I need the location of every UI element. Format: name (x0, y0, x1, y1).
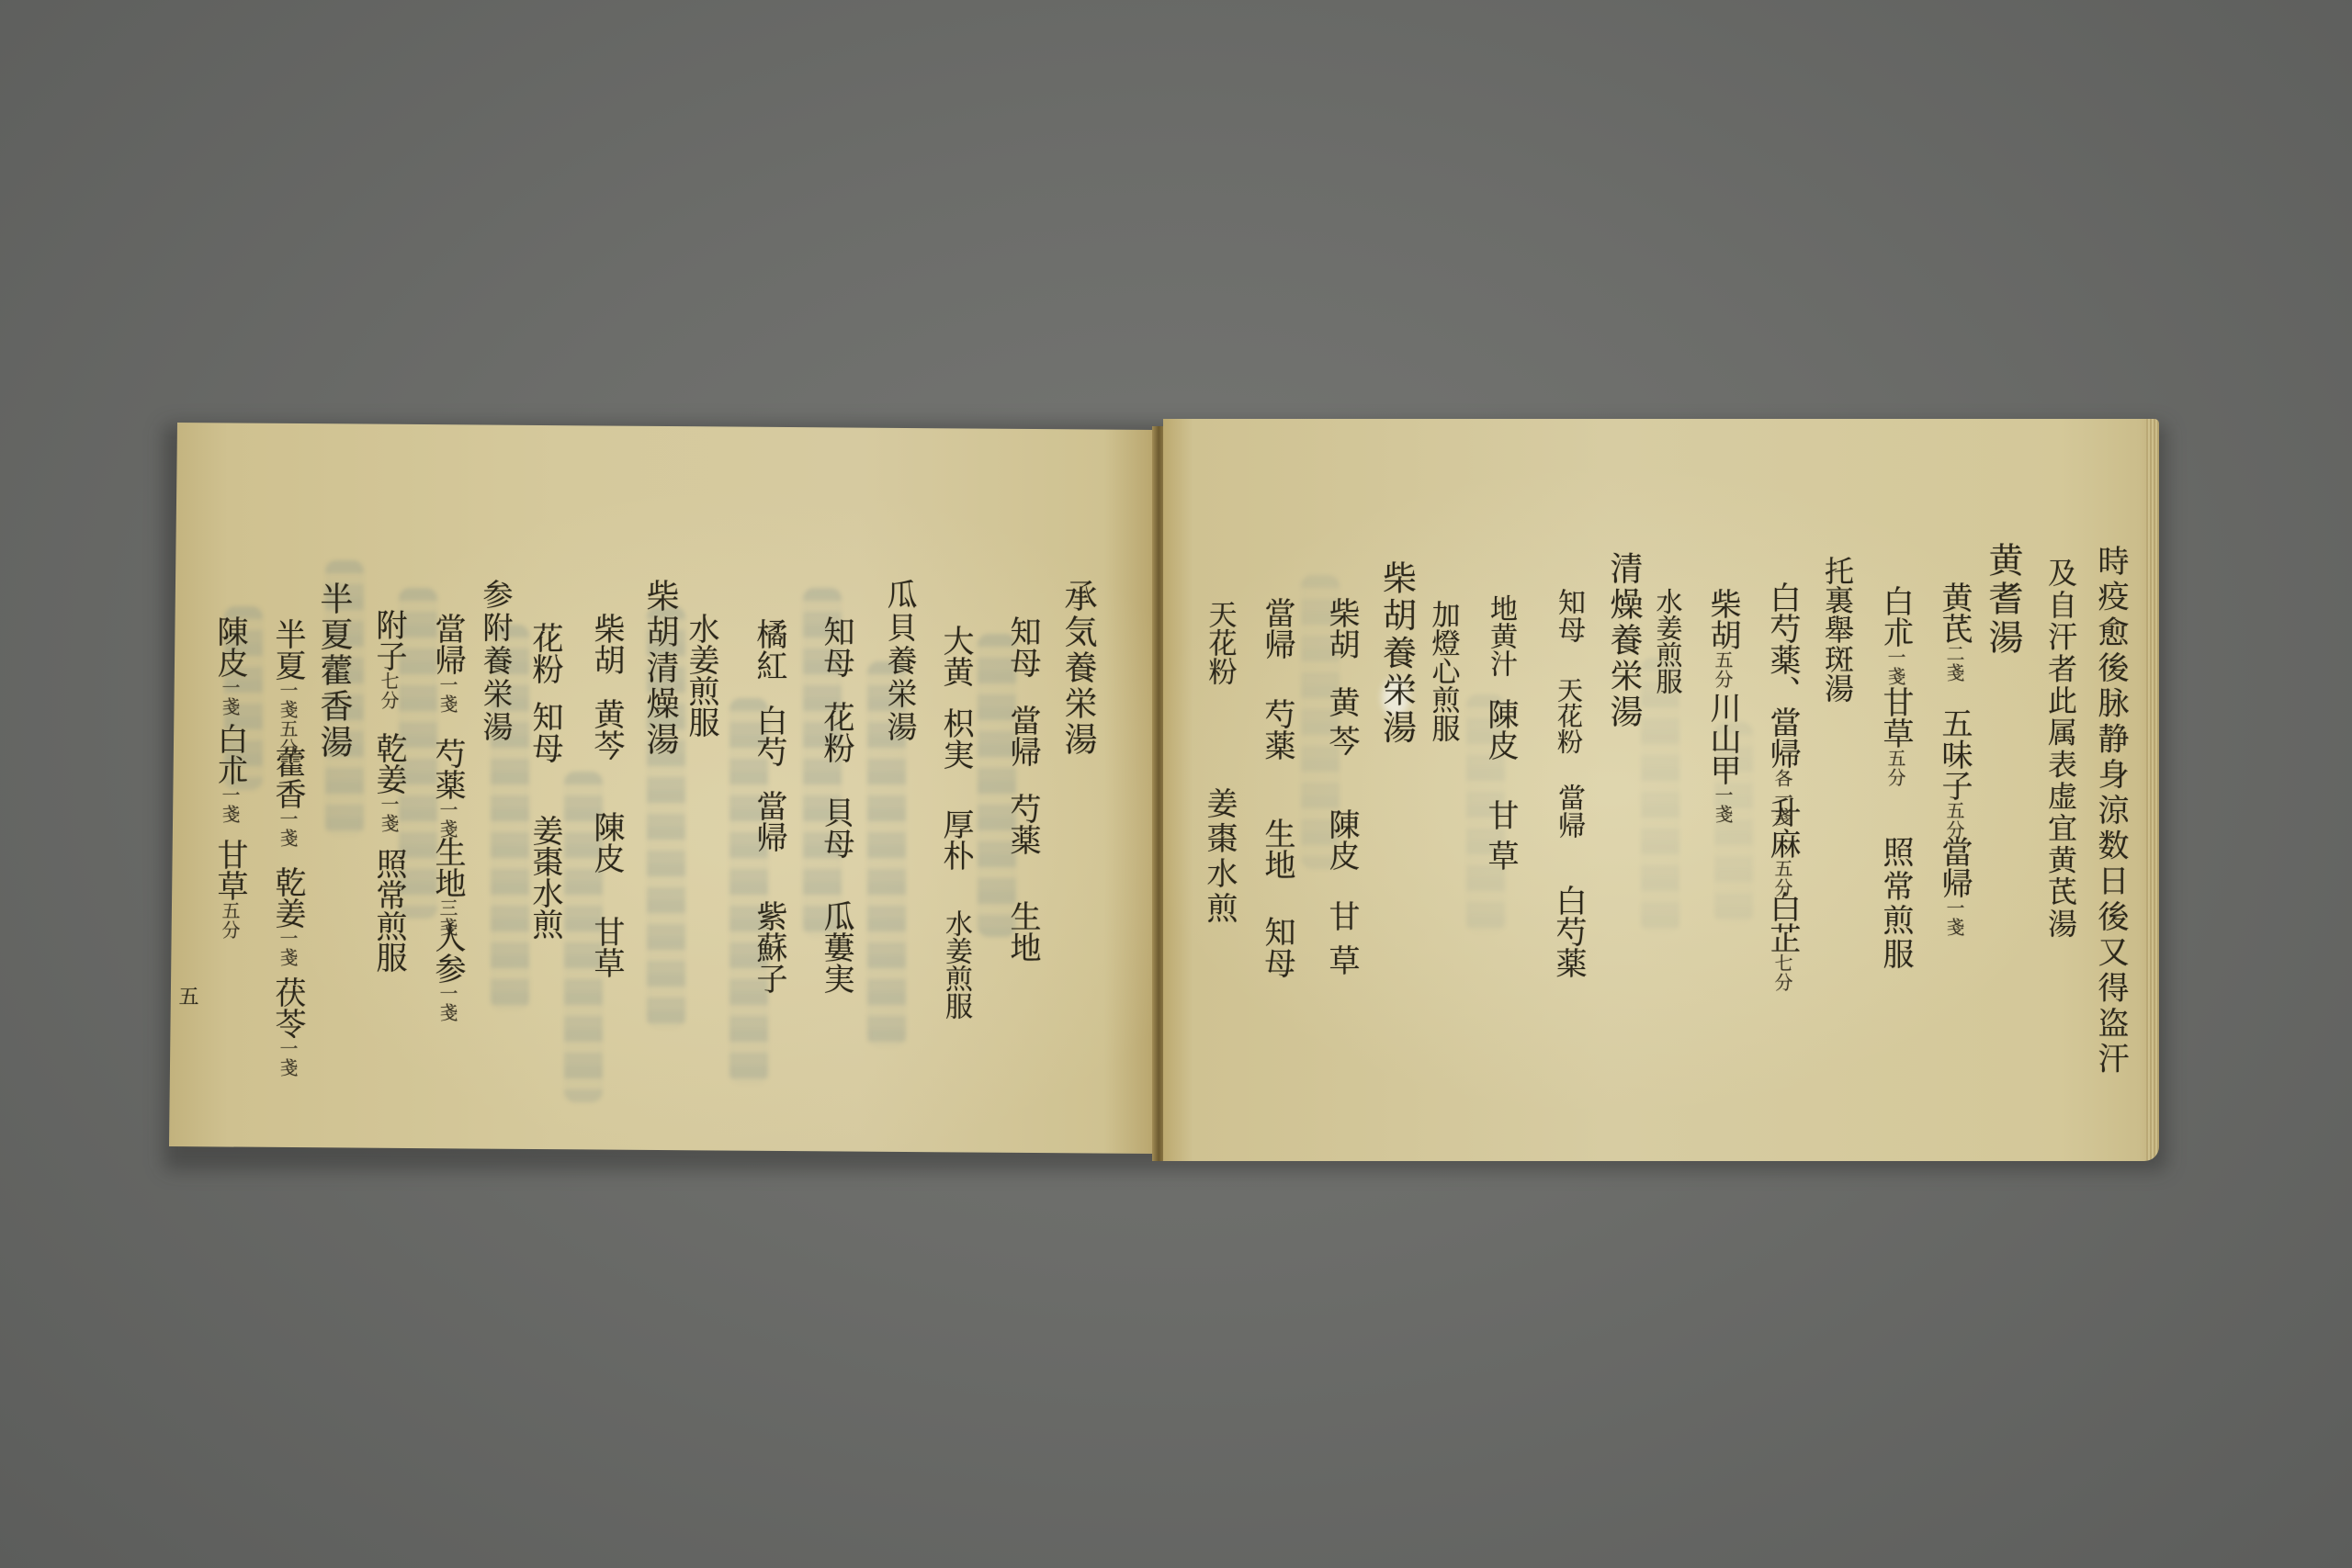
ingredient: 生地 (1007, 900, 1038, 963)
bleed-through-ghost (978, 634, 1016, 937)
ingredient: 柴胡 (1326, 597, 1357, 660)
ingredient: 白芷七分 (1767, 891, 1798, 992)
ingredient-dose: 二戔 (1943, 644, 1965, 682)
ingredient: 知母 (529, 701, 560, 763)
ingredient-name: 陳皮 (211, 615, 248, 678)
ingredient: 附子七分 (373, 609, 404, 710)
preparation-instruction: 姜棗水煎 (529, 815, 560, 940)
ingredient: 五味子五分 (1939, 707, 1970, 840)
ingredient-name: 白芍薬、當帰 (1764, 581, 1801, 769)
ingredient-dose: 七分 (1771, 953, 1793, 992)
ingredient: 陳皮 (1326, 808, 1357, 871)
ingredient-dose: 五分 (1943, 801, 1965, 840)
ingredient: 當帰 (753, 790, 785, 852)
ingredient: 黄芩 (1326, 686, 1357, 763)
ingredient: 白芍薬 (1553, 885, 1584, 978)
ingredient: 紫蘇子 (753, 900, 785, 994)
ingredient-name: 芍薬 (429, 738, 466, 800)
ingredient: 天花粉 (1555, 677, 1581, 754)
ingredient: 白朮一戔 (214, 723, 245, 824)
ingredient: 知母 (1261, 916, 1293, 978)
ingredient: 甘草五分 (1880, 686, 1911, 787)
ingredient: 黄芩 (591, 698, 622, 761)
ingredient-dose: 一戔 (1712, 785, 1734, 824)
ingredient-dose: 一戔 (1884, 648, 1906, 686)
ingredient: 白朮一戔 (1880, 585, 1911, 686)
ingredient-name: 甘草 (211, 839, 248, 901)
ingredient: 黄芪二戔 (1939, 581, 1970, 682)
ingredient-name: 人参 (429, 921, 466, 984)
ingredient: 甘草 (1485, 799, 1516, 880)
ingredient-name: 當帰 (429, 613, 466, 675)
ingredient: 瓜蔞実 (820, 900, 852, 994)
ingredient: 乾姜一戔 (373, 732, 404, 833)
ingredient: 大黄 (940, 625, 971, 687)
bleed-through-ghost (1641, 658, 1679, 933)
ingredient-name: 白朮 (1877, 585, 1914, 648)
preparation-instruction: 水姜煎服 (685, 613, 717, 738)
ingredient: 花粉 (529, 622, 560, 684)
ingredient-name: 乾姜 (370, 732, 407, 795)
preparation-instruction: 照常煎服 (1880, 836, 1911, 972)
ingredient-dose: 一戔 (378, 795, 400, 833)
ingredient-name: 生地 (429, 836, 466, 898)
ingredient: 柴胡 (591, 613, 622, 675)
ingredient: 人参一戔 (432, 921, 463, 1022)
ingredient-dose: 一戔 (219, 785, 241, 824)
prescription-title: 清燥養栄湯 (1607, 551, 1640, 730)
ingredient: 芍薬 (1261, 698, 1293, 761)
ingredient: 花粉 (820, 701, 852, 763)
ingredient: 甘草 (591, 916, 622, 978)
ingredient: 貝母 (820, 796, 852, 859)
prescription-title: 柴胡清燥湯 (643, 579, 676, 758)
ingredient-name: 黄芪 (1936, 581, 1973, 644)
ingredient: 當帰一戔 (432, 613, 463, 714)
ingredient-name: 白朮 (211, 723, 248, 785)
ingredient: 甘草 (1326, 900, 1357, 988)
ingredient-dose: 一戔 (436, 984, 458, 1022)
page-number: 五 (176, 986, 197, 1006)
prescription-title: 托裏舉斑湯 (1823, 556, 1852, 703)
ingredient: 天花粉 (1205, 600, 1234, 685)
ingredient-name: 甘草 (1877, 686, 1914, 749)
left-page: 承気養栄湯 知母 當帰 芍薬 生地 大黄 枳実 厚朴 水姜煎服 瓜貝養栄湯 知母… (169, 423, 1153, 1154)
ingredient: 當帰 (1261, 597, 1293, 660)
preparation-instruction: 水姜煎服 (942, 909, 969, 1020)
ingredient-name: 升麻 (1764, 796, 1801, 859)
ingredient: 陳皮 (1485, 698, 1516, 761)
ingredient: 白芍 (753, 705, 785, 767)
ingredient-dose: 五分 (1884, 749, 1906, 787)
ingredient: 川山甲一戔 (1707, 692, 1738, 824)
ingredient-name: 乾姜 (269, 866, 306, 929)
ingredient-dose: 一戔 (277, 1039, 299, 1077)
ingredient: 升麻五分 (1767, 796, 1798, 897)
prescription-title: 黄耆湯 (1985, 542, 2020, 658)
ingredient-dose: 五分 (219, 901, 241, 940)
ingredient: 甘草五分 (214, 839, 245, 940)
page-stack-edge (2146, 419, 2159, 1161)
ingredient-name: 五味子 (1936, 707, 1973, 801)
ingredient-name: 茯苓 (269, 976, 306, 1039)
ingredient: 白芍薬、當帰各一戔 (1767, 581, 1798, 827)
prescription-title: 柴胡養栄湯 (1380, 560, 1414, 747)
ingredient: 當帰一戔 (1939, 836, 1970, 937)
ingredient: 地黄汁 (1487, 594, 1514, 677)
ingredient-name: 藿香 (269, 747, 306, 809)
ingredient-dose: 一戔 (436, 675, 458, 714)
ingredient-name: 柴胡 (1704, 588, 1741, 650)
ingredient: 生地 (1261, 818, 1293, 880)
preparation-instruction: 姜棗水煎 (1204, 787, 1235, 927)
prescription-title: 半夏藿香湯 (317, 581, 350, 761)
text-column: 及自汗者此属表虚宜黄芪湯 (2046, 558, 2075, 940)
ingredient: 枳実 (940, 707, 971, 770)
ingredient-dose: 一戔 (219, 678, 241, 716)
text-column: 時疫愈後脉静身涼数日後又得盗汗 (2095, 545, 2126, 1078)
ingredient-name: 半夏 (269, 618, 306, 681)
prescription-title: 瓜貝養栄湯 (886, 579, 916, 744)
ingredient: 藿香一戔 (272, 747, 303, 848)
ingredient-dose: 七分 (378, 671, 400, 710)
ingredient: 知母 (1555, 588, 1582, 643)
ingredient: 知母 (1007, 615, 1038, 678)
ingredient: 芍薬 (1007, 793, 1038, 855)
ingredient: 柴胡五分 (1707, 588, 1738, 689)
ingredient-dose: 一戔 (1943, 898, 1965, 937)
ingredient: 知母 (820, 615, 852, 678)
ingredient-dose: 一戔 (277, 929, 299, 967)
ingredient-name: 當帰 (1936, 836, 1973, 898)
ingredient: 茯苓一戔 (272, 976, 303, 1077)
ingredient: 當帰 (1007, 705, 1038, 767)
ingredient: 當帰 (1555, 784, 1582, 839)
ingredient: 芍薬一戔 (432, 738, 463, 839)
ingredient: 陳皮一戔 (214, 615, 245, 716)
ingredient: 半夏一戔五分 (272, 618, 303, 758)
preparation-instruction: 加燈心煎服 (1429, 600, 1457, 742)
ingredient: 乾姜一戔 (272, 866, 303, 967)
ingredient-dose: 一戔 (436, 800, 458, 839)
prescription-title: 参附養栄湯 (481, 579, 512, 744)
ingredient-name: 川山甲 (1704, 692, 1741, 785)
ingredient: 橘紅 (753, 618, 785, 681)
preparation-instruction: 水姜煎服 (1655, 588, 1681, 694)
ingredient-name: 白芷 (1764, 891, 1801, 953)
right-page: 時疫愈後脉静身涼数日後又得盗汗 及自汗者此属表虚宜黄芪湯 黄耆湯 黄芪二戔 五味… (1163, 419, 2159, 1161)
ingredient: 陳皮 (591, 811, 622, 874)
ingredient-dose: 五分 (1712, 650, 1734, 689)
ingredient-dose: 一戔 (277, 809, 299, 848)
ingredient: 厚朴 (940, 808, 971, 871)
prescription-title: 承気養栄湯 (1061, 579, 1094, 758)
preparation-instruction: 照常煎服 (373, 848, 404, 973)
ingredient-name: 附子 (370, 609, 407, 671)
